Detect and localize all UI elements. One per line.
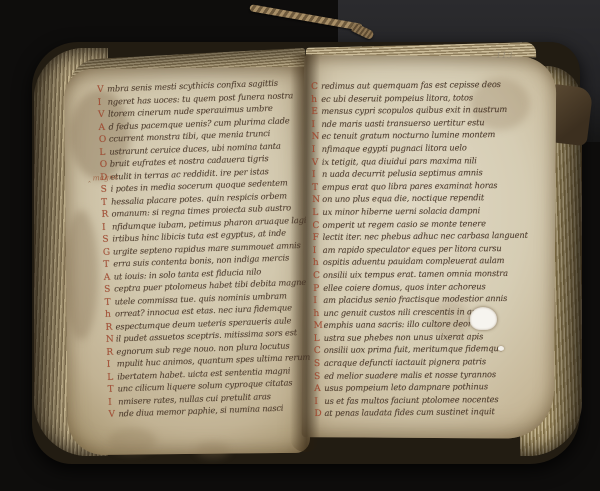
line-rubric-initial: T	[103, 260, 110, 272]
line-rubric-initial: h	[105, 310, 112, 322]
line-rubric-initial: h	[313, 309, 320, 321]
line-text: ec tenuit gratum nocturno lumine montem	[322, 129, 496, 141]
manuscript-line: Dat penas laudata fides cum sustinet inq…	[314, 406, 534, 421]
manuscript-photo-scene: Vmbra senis mesti scythicis confixa sagi…	[0, 0, 600, 491]
line-rubric-initial: N	[106, 335, 113, 347]
parchment-stain	[64, 210, 98, 340]
line-rubric-initial: P	[313, 283, 320, 295]
line-rubric-initial: I	[311, 120, 318, 132]
line-rubric-initial: S	[102, 235, 109, 247]
line-text: at penas laudata fides cum sustinet inqu…	[324, 407, 494, 419]
line-rubric-initial: C	[312, 220, 319, 232]
manuscript-line: Emensus cypri scopulos quibus exit in au…	[311, 104, 531, 119]
line-rubric-initial: R	[106, 347, 113, 359]
line-rubric-initial: C	[313, 271, 320, 283]
line-rubric-initial: S	[104, 285, 111, 297]
line-rubric-initial: I	[97, 97, 104, 109]
line-rubric-initial: h	[313, 258, 320, 270]
line-rubric-initial: L	[107, 372, 114, 384]
line-rubric-initial: I	[314, 397, 321, 409]
line-rubric-initial: C	[314, 346, 321, 358]
margin-note: ‸magne	[88, 172, 119, 183]
line-text: onsilii uox prima fuit, meritumque fidem…	[324, 343, 504, 355]
line-rubric-initial: N	[312, 132, 319, 144]
folio-number: 113	[496, 51, 513, 61]
parchment-hole-small	[498, 346, 504, 351]
margin-note-text: magne	[92, 172, 118, 182]
line-rubric-initial: T	[104, 297, 111, 309]
line-text: on uno plus equa die, noctique rependit	[322, 193, 484, 205]
line-text: ix tetigit, qua diuidui pars maxima nili	[322, 155, 477, 167]
manuscript-line: Iam placidus senio fractisque modestior …	[313, 293, 533, 308]
line-text: ec ubi deseruit pompeius litora, totos	[321, 92, 473, 104]
line-rubric-initial: R	[105, 322, 112, 334]
line-rubric-initial: A	[314, 384, 321, 396]
line-text: omperit ut regem casio se monte tenere	[322, 218, 485, 230]
line-text: am rapido speculator eques per litora cu…	[323, 243, 502, 255]
line-text: ed melior suadere malis et nosse tyranno…	[324, 369, 496, 381]
line-text: nde maris uasti transuerso uertitur estu	[321, 117, 484, 129]
line-rubric-initial: M	[314, 321, 321, 333]
line-rubric-initial: R	[101, 210, 108, 222]
line-rubric-initial: O	[100, 160, 107, 172]
line-text: emphis uana sacris: illo cultore deorum	[324, 318, 485, 330]
line-rubric-initial: C	[311, 82, 318, 94]
line-rubric-initial: h	[311, 95, 318, 107]
manuscript-line: Consilii uix tempus erat. tamen omnia mo…	[313, 268, 533, 283]
line-rubric-initial: I	[107, 360, 114, 372]
line-text: nfimaque egypti pugnaci litora uelo	[322, 142, 467, 154]
line-rubric-initial: T	[101, 197, 108, 209]
parchment-stain	[196, 442, 230, 458]
right-page-text: Credimus aut quemquam fas est cepisse de…	[311, 79, 535, 421]
line-text: onsilii uix tempus erat. tamen omnia mon…	[323, 268, 508, 280]
line-rubric-initial: L	[99, 147, 106, 159]
parchment-hole	[470, 307, 497, 330]
line-rubric-initial: O	[99, 135, 106, 147]
line-rubric-initial: L	[312, 208, 319, 220]
line-text: am placidus senio fractisque modestior a…	[323, 293, 507, 305]
line-rubric-initial: I	[108, 397, 115, 409]
line-rubric-initial: N	[312, 195, 319, 207]
line-rubric-initial: T	[108, 385, 115, 397]
line-text: n uada decurrit pelusia septimus amnis	[322, 167, 483, 179]
line-rubric-initial: G	[103, 247, 110, 259]
line-text: ellee coiere domus, quos inter achoreus	[323, 281, 486, 293]
line-rubric-initial: S	[314, 372, 321, 384]
line-text: usus pompeium leto dampnare pothinus	[324, 381, 488, 393]
insertion-mark: ‸	[88, 174, 91, 183]
line-rubric-initial: I	[312, 170, 319, 182]
line-rubric-initial: I	[312, 145, 319, 157]
line-text: ospitis aduentu pauidam compleuerat aula…	[323, 255, 505, 267]
line-rubric-initial: V	[98, 110, 105, 122]
line-text: ux minor hiberne uerni solacia dampni	[322, 205, 480, 217]
left-page-text: Vmbra senis mesti scythicis confixa sagi…	[97, 77, 315, 421]
line-rubric-initial: T	[312, 183, 319, 195]
line-rubric-initial: D	[314, 409, 321, 421]
line-text: ustra sue phebes non unus uixerat apis	[324, 331, 484, 343]
line-rubric-initial: A	[98, 122, 105, 134]
line-text: us et fas multos faciunt ptolomee nocent…	[324, 394, 498, 406]
line-rubric-initial: L	[314, 334, 321, 346]
line-rubric-initial: S	[101, 185, 108, 197]
line-rubric-initial: V	[108, 410, 115, 422]
line-rubric-initial: I	[102, 222, 109, 234]
line-rubric-initial: F	[313, 233, 320, 245]
line-rubric-initial: V	[312, 157, 319, 169]
line-text: unc genuit custos nili crescentis in aru…	[323, 306, 485, 318]
line-rubric-initial: I	[313, 246, 320, 258]
line-text: acraque defuncti iactauit pignera patris	[324, 356, 486, 368]
line-text: redimus aut quemquam fas est cepisse deo…	[321, 79, 501, 91]
manuscript-line: Credimus aut quemquam fas est cepisse de…	[311, 79, 531, 94]
line-rubric-initial: I	[313, 296, 320, 308]
line-rubric-initial: V	[97, 85, 104, 97]
line-text: mensus cypri scopulos quibus exit in aus…	[321, 104, 507, 116]
line-rubric-initial: S	[314, 359, 321, 371]
line-text: lectit iter. nec phebus adhuc nec carbas…	[323, 230, 528, 242]
parchment-stain	[108, 428, 156, 454]
line-text: empus erat quo libra pares examinat hora…	[322, 180, 497, 192]
line-rubric-initial: A	[104, 272, 111, 284]
line-rubric-initial: E	[311, 107, 318, 119]
